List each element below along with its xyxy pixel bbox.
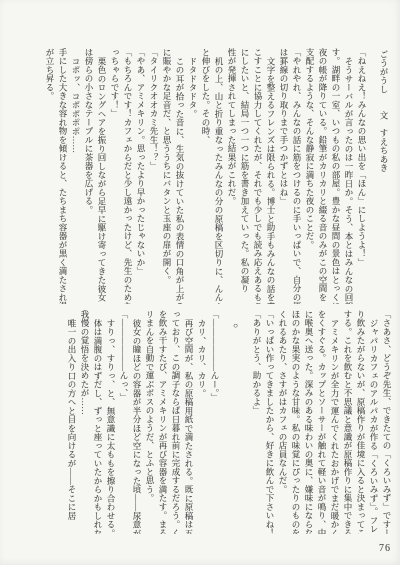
- text-column: は罫線の切り取りまで手つかずとはね」: [277, 48, 290, 304]
- text-column: 支配するような、そんな静寂に満ちた夜のことだ。: [303, 48, 316, 304]
- text-column: を飲み干すたび、アミメキリンが再び容器を満たす。まるでジャパ: [156, 310, 169, 534]
- text-band-bottom: 「さあさ、どうぞ先生、できたての「くろいみず」ですー！」ジャパリカフェのアルパカ…: [65, 310, 393, 534]
- text-column: 「ねえねえ！みんなの思い出を「ほん」にしようよ！」: [355, 48, 368, 304]
- text-column: くれるあたり、さすがはカフェの店員なんだ。: [276, 310, 289, 534]
- text-column: 体は満腹のはずだし、ずっと座っていたからかもしれない。いや、: [91, 310, 104, 534]
- text-column: 再び空間が、私の原稿用紙で満たされる。既に原稿は五枚ほど重な: [182, 310, 195, 534]
- text-column: アミメキリンが全力で運んでくれたおかげでまだ暖かく、香りが鼻: [328, 310, 341, 534]
- text-column: カリ、カリ、カリ。: [195, 310, 208, 534]
- text-column: 唯一の出入り口の方へと目を向けるが――そこに居: [65, 310, 78, 534]
- text-column: す。湖畔の一室、いつもの私の部屋。豊かな昼間の景色はとっくに: [329, 48, 342, 304]
- text-column: 栗色のロングヘアを振り回しながら足早に駆け寄ってきた彼女: [95, 48, 108, 304]
- text-column: 「ありがとう、助かるよ」: [250, 310, 263, 534]
- text-column: 文字を整えるフレンズは限られる。博士と助手もみんなの話を書き起: [264, 48, 277, 304]
- text-column: する。これを飲むと不思議と意識が原稿作りに集中できるんだ。: [341, 310, 354, 534]
- text-column: 我慢の覚悟を決めたが……: [78, 310, 91, 534]
- scene-divider: ○: [229, 310, 242, 534]
- text-column: 夜の帳が降りている。鉛筆がカリカリと綴る音のみがこの空間を: [316, 48, 329, 304]
- text-column: 「――――――んー。」: [208, 310, 221, 534]
- text-column: こすことに協力してくれたが、それでも少しでも読み応えあるもの: [251, 48, 264, 304]
- text-column: っており、この調子ならば日暮れ前に完成するだろう。くろいみず: [169, 310, 182, 534]
- text-column: 「さあさ、どうぞ先生、できたての「くろいみず」ですー！」: [380, 310, 393, 534]
- author-name: すえちあき: [379, 129, 389, 173]
- text-column: 「もちろんです！カフェからだと少し遠かったけど、先生のためならへ: [121, 48, 134, 304]
- text-column: が立ち昇る。: [43, 48, 56, 304]
- text-column: リまんを自動で運ぶボスのようだ、とふと思う。: [143, 310, 156, 534]
- story-title: ごうがうし: [379, 50, 389, 94]
- text-column: 「やあ、アミメキリン。思ったより早かったじゃないか」: [134, 48, 147, 304]
- text-column: この耳が拾った音に、生気の抜けていた私の表情の口角が上がる。実: [173, 48, 186, 304]
- text-column: 「――――――んっ、」: [117, 310, 130, 534]
- text-column: 「いっぱい作ってきましたから、好きに飲んで下さいね！」: [263, 310, 276, 534]
- text-column: 手にした大きな容れ物を傾けると、たちまち容器が黒く満たされ湯気: [56, 48, 69, 304]
- text-column: コポッ、コポポポポ……: [69, 48, 82, 304]
- text-column: ドタドタドタ。: [186, 48, 199, 304]
- novel-page: ごうがうし 文 すえちあき「ねえねえ！みんなの思い出を「ほん」にしようよ！」そう…: [0, 0, 400, 565]
- text-band-top: ごうがうし 文 すえちあき「ねえねえ！みんなの思い出を「ほん」にしようよ！」そう…: [43, 48, 390, 304]
- text-column: すりっ、すりっ、と、無意識に太ももを擦り合わせる。: [104, 310, 117, 534]
- text-column: 性が発揮されてしまった結果がこれだ。: [225, 48, 238, 304]
- text-column: に賑やかな足音だ、と思ううちにバタンと玉座の扉が開く。: [160, 48, 173, 304]
- text-column: 「タイリクオオカミ先生！？」: [147, 48, 160, 304]
- text-column: に喉奥へ送った。深みのある味わいの奥に、嫌味にならない程度の: [302, 310, 315, 534]
- text-column: は傍らの小さなテーブルに茶器を広げる。: [82, 48, 95, 304]
- text-column: っちゃらです！」: [108, 48, 121, 304]
- text-column: そうサーバルが言ったのは一昨日か。そう、本とはみんなの回想を残: [342, 48, 355, 304]
- text-column: り飲みたがらないが、原稿作りが佳境に入ると決まってこれを愛飲: [354, 310, 367, 534]
- text-column: と伸びをした。その時、: [199, 48, 212, 304]
- page-number: 76: [379, 543, 391, 554]
- text-column: ほのかな果実のような甘味。私の味覚にぴったりのものを用意して: [289, 310, 302, 534]
- text-column: にしたいと、結局一つ一つに筋を書き加えていった。私の凝り: [238, 48, 251, 304]
- text-column: 机の上、山と折り重なったみんなの分の原稿を区切りに、んんーっ、: [212, 48, 225, 304]
- author-label: 文: [379, 111, 389, 120]
- text-column: ジャパリカフェのアルパカが作る「くろいみず」。フレンズはあま: [367, 310, 380, 534]
- text-column: 「やれやれ、みんなの話に筋をつけるのに手いっぱいで、自分の原稿: [290, 48, 303, 304]
- title-column: ごうがうし 文 すえちあき: [377, 48, 390, 304]
- text-column: をくすぐる。カップとソーサーが触れて軽い音が鳴り、中身を一気: [315, 310, 328, 534]
- text-column: 彼女の瞳ほどの容器が半分ほど空になった頃――尿意が湧いた。: [130, 310, 143, 534]
